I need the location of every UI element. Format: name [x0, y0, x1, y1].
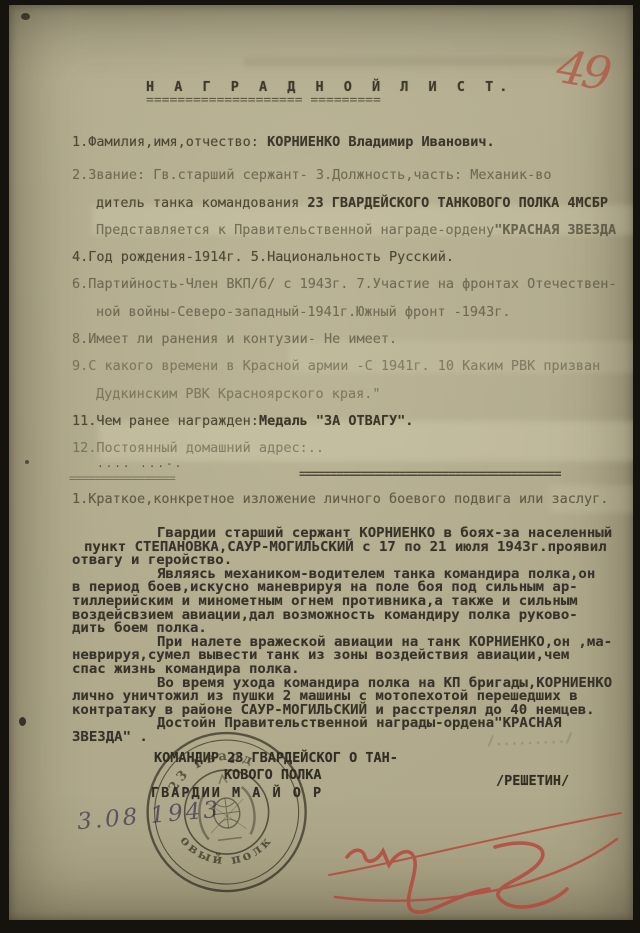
field-unit-label: дитель танка командования — [96, 195, 307, 211]
separator-dashed-left: ================= — [69, 471, 175, 485]
feat-description: Гвардии старший сержант КОРНИЕНКО в боях… — [72, 527, 633, 745]
red-pencil-signature — [325, 805, 625, 915]
field-unit-value: 23 ГВАРДЕЙСКОГО ТАНКОВОГО ПОЛКА 4МСБР — [307, 195, 608, 211]
scan-speck — [25, 460, 29, 464]
field-drafted-by: Дудкинским РВК Красноярского края." — [72, 381, 633, 408]
scan-speck — [21, 13, 30, 20]
form-fields: 1.Фамилия,имя,отчество: КОРНИЕНКО Владим… — [72, 129, 633, 463]
field-fronts-cont: ной войны-Северо-западный-1941г.Южный фр… — [72, 299, 633, 326]
feat-line: Достойн Правительственной награды-ордена… — [72, 718, 633, 731]
scanned-award-document: { "colors": { "paper": "#b2ab8d", "ink":… — [0, 0, 640, 933]
field-party-fronts: 6.Партийность-Член ВКП/б/ с 1943г. 7.Уча… — [72, 271, 633, 298]
prior-awards-label: 11.Чем ранее награжден: — [72, 413, 259, 429]
scan-speck — [19, 717, 26, 726]
feat-line: спас жизнь командира полка. — [72, 663, 633, 676]
commander-title-line2: КОВОГО ПОЛКА — [224, 767, 322, 783]
field-name-label: 1.Фамилия,имя,отчество: — [72, 134, 267, 150]
field-wounds: 8.Имеет ли ранения и контузии- Не имеет. — [72, 326, 633, 353]
handwritten-page-number: 49 — [553, 39, 612, 101]
document-page: Н А Г Р А Д Н О Й Л И С Т. =============… — [9, 5, 633, 920]
field-unit: дитель танка командования 23 ГВАРДЕЙСКОГ… — [72, 190, 633, 217]
feat-line: тиллерийским и минометным огнем противни… — [72, 595, 633, 608]
feat-section-heading: 1.Краткое,конкретное изложение личного б… — [72, 491, 608, 507]
faded-signer-name: /........./ — [487, 732, 574, 750]
stamp-arc-bottom-text: овый полк — [176, 823, 279, 875]
faded-header-smudge — [244, 57, 574, 66]
field-service-since: 9.С какого времени в Красной армии -С 19… — [72, 353, 633, 380]
separator-marks: .... ...-. — [97, 457, 183, 470]
field-name: 1.Фамилия,имя,отчество: КОРНИЕНКО Владим… — [72, 129, 633, 156]
title-underline: ==================== ========= — [146, 93, 381, 108]
award-proposal-value: "КРАСНАЯ ЗВЕЗДА — [494, 222, 616, 238]
award-proposal-label: Представляется к Правительственной награ… — [96, 222, 494, 238]
field-award-proposal: Представляется к Правительственной награ… — [72, 217, 633, 244]
commander-title-line1: КОМАНДИР 23 ГВАРДЕЙСКОГ О ТАН- — [154, 750, 398, 766]
field-name-value: КОРНИЕНКО Владимир Иванович. — [267, 134, 495, 150]
separator-dashed-right: ========================================… — [299, 467, 560, 481]
prior-awards-value: Медаль "ЗА ОТВАГУ". — [259, 413, 413, 429]
signer-name: /РЕШЕТИН/ — [496, 773, 569, 789]
field-prior-awards: 11.Чем ранее награжден:Медаль "ЗА ОТВАГУ… — [72, 408, 633, 435]
commander-title-line3: ГВАРДИИ М А Й О Р — [151, 785, 323, 801]
round-military-stamp: 23 Гвард овый полк — [129, 717, 325, 913]
svg-text:овый полк: овый полк — [176, 823, 279, 875]
field-birth-nationality: 4.Год рождения-1914г. 5.Национальность Р… — [72, 244, 633, 271]
field-rank-and-position: 2.Звание: Гв.старший сержант- 3.Должност… — [72, 162, 633, 189]
